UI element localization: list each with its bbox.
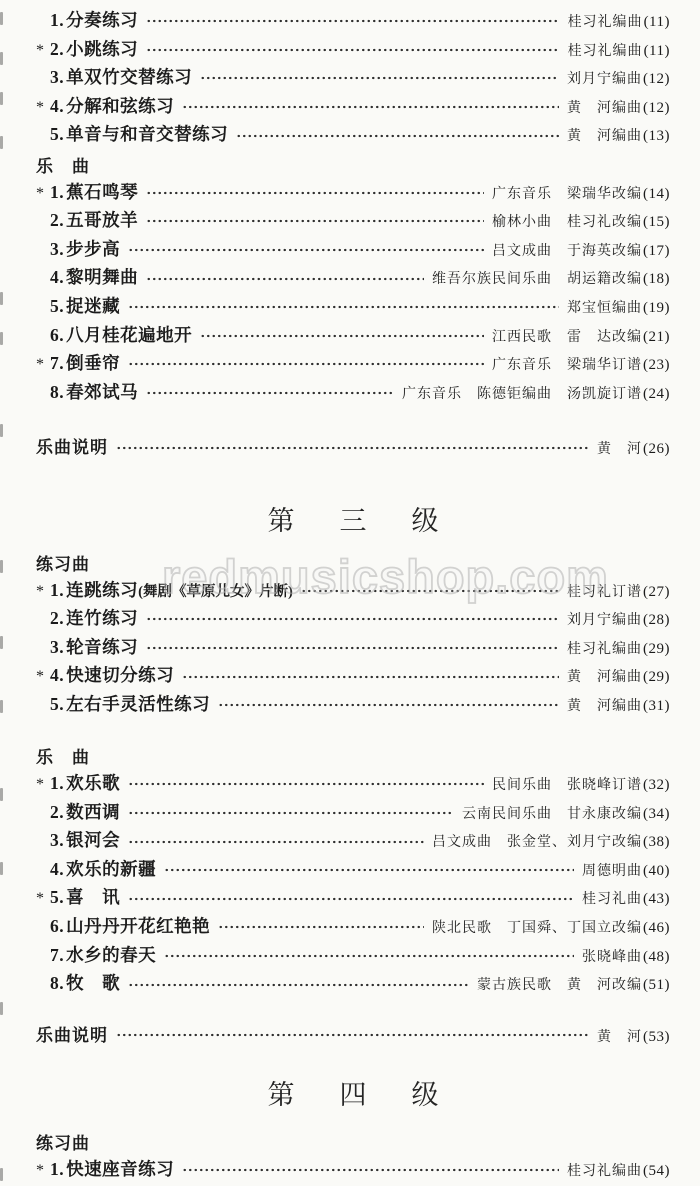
toc-entry: 2. 数西调 云南民间乐曲 甘永康改编 (34) xyxy=(36,799,670,828)
entry-credit: 黄 河编曲 xyxy=(567,666,642,686)
toc-entry: 8. 牧 歌 蒙古族民歌 黄 河改编 (51) xyxy=(36,970,670,999)
toc-entry: 3. 轮音练习 桂习礼编曲 (29) xyxy=(36,634,670,663)
dotted-leader xyxy=(200,71,559,85)
level4-exercises-list: * 1. 快速座音练习 桂习礼编曲 (54) xyxy=(36,1156,670,1185)
entry-credit: 桂习礼曲 xyxy=(582,888,642,908)
entry-credit: 郑宝恒编曲 xyxy=(567,297,642,317)
star-marker: * xyxy=(36,356,50,374)
entry-credit: 民间乐曲 张晓峰订谱 xyxy=(492,774,642,794)
dotted-leader xyxy=(128,300,559,314)
entry-credit: 维吾尔族民间乐曲 胡运籍改编 xyxy=(432,268,642,288)
entry-title: 轮音练习 xyxy=(66,634,138,659)
entry-page: (21) xyxy=(643,329,670,346)
entry-number: 8. xyxy=(50,382,64,403)
level3-exercises-list: * 1. 连跳练习 (舞剧《草原儿女》片断) 桂习礼订谱 (27) 2. 连竹练… xyxy=(36,577,670,720)
entry-page: (15) xyxy=(643,214,670,231)
scan-edge-artifact xyxy=(0,862,3,875)
dotted-leader xyxy=(128,978,469,992)
toc-entry: 4. 欢乐的新疆 周德明曲 (40) xyxy=(36,856,670,885)
entry-title: 快速切分练习 xyxy=(66,662,174,687)
toc-entry: 6. 山丹丹开花红艳艳 陕北民歌 丁国舜、丁国立改编 (46) xyxy=(36,913,670,942)
scan-edge-artifact xyxy=(0,788,3,801)
dotted-leader xyxy=(146,612,559,626)
dotted-leader xyxy=(116,441,589,455)
toc-entry: 5. 左右手灵活性练习 黄 河编曲 (31) xyxy=(36,691,670,720)
entry-page: (13) xyxy=(643,128,670,145)
toc-entry: * 2. 小跳练习 桂习礼编曲 (11) xyxy=(36,36,670,65)
star-marker: * xyxy=(36,1162,50,1180)
entry-number: 1. xyxy=(50,10,64,31)
entry-credit: 黄 河编曲 xyxy=(567,97,642,117)
entry-credit: 桂习礼编曲 xyxy=(568,40,643,60)
toc-entry: * 1. 快速座音练习 桂习礼编曲 (54) xyxy=(36,1156,670,1185)
entry-page: (51) xyxy=(643,977,670,994)
entry-credit: 周德明曲 xyxy=(582,860,642,880)
entry-number: 6. xyxy=(50,325,64,346)
dotted-leader xyxy=(146,641,559,655)
entry-title: 欢乐的新疆 xyxy=(66,856,156,881)
level2-pieces-list: * 1. 蕉石鸣琴 广东音乐 梁瑞华改编 (14) 2. 五哥放羊 榆林小曲 桂… xyxy=(36,179,670,408)
entry-credit: 榆林小曲 桂习礼改编 xyxy=(492,211,642,231)
entry-number: 3. xyxy=(50,239,64,260)
notes-entry: 乐曲说明 黄 河 (53) xyxy=(36,1021,670,1050)
entry-credit: 黄 河编曲 xyxy=(567,695,642,715)
entry-subtitle: (舞剧《草原儿女》片断) xyxy=(138,580,293,601)
entry-credit: 黄 河 xyxy=(597,438,642,458)
star-marker: * xyxy=(36,668,50,686)
entry-credit: 广东音乐 梁瑞华订谱 xyxy=(492,354,642,374)
toc-entry: 2. 五哥放羊 榆林小曲 桂习礼改编 (15) xyxy=(36,207,670,236)
toc-entry: 8. 春郊试马 广东音乐 陈德钜编曲 汤凯旋订谱 (24) xyxy=(36,379,670,408)
entry-title: 黎明舞曲 xyxy=(66,264,138,289)
toc-page: redmusicshop.com 1. 分奏练习 桂习礼编曲 (11) * 2.… xyxy=(0,0,700,1186)
entry-credit: 刘月宁编曲 xyxy=(567,609,642,629)
entry-page: (28) xyxy=(643,612,670,629)
toc-entry: 5. 捉迷藏 郑宝恒编曲 (19) xyxy=(36,293,670,322)
dotted-leader xyxy=(146,43,559,57)
entry-page: (14) xyxy=(643,186,670,203)
entry-page: (29) xyxy=(643,641,670,658)
entry-number: 1. xyxy=(50,1159,64,1180)
entry-number: 3. xyxy=(50,830,64,851)
entry-page: (43) xyxy=(643,891,670,908)
entry-title: 喜 讯 xyxy=(66,884,120,909)
exercises-header: 练习曲 xyxy=(36,548,670,577)
entry-page: (48) xyxy=(643,949,670,966)
dotted-leader xyxy=(182,1163,559,1177)
dotted-leader xyxy=(116,1028,589,1042)
entry-number: 4. xyxy=(50,665,64,686)
scan-edge-artifact xyxy=(0,332,3,345)
entry-title: 捉迷藏 xyxy=(66,293,120,318)
toc-entry: * 4. 快速切分练习 黄 河编曲 (29) xyxy=(36,662,670,691)
dotted-leader xyxy=(164,863,574,877)
entry-number: 7. xyxy=(50,945,64,966)
entry-credit: 云南民间乐曲 甘永康改编 xyxy=(462,803,642,823)
entry-title: 小跳练习 xyxy=(66,36,138,61)
scan-edge-artifact xyxy=(0,1168,3,1181)
entry-page: (17) xyxy=(643,243,670,260)
entry-title: 欢乐歌 xyxy=(66,770,120,795)
entry-number: 3. xyxy=(50,67,64,88)
entry-page: (24) xyxy=(643,386,670,403)
entry-title: 快速座音练习 xyxy=(66,1156,174,1181)
entry-number: 6. xyxy=(50,916,64,937)
star-marker: * xyxy=(36,583,50,601)
entry-title: 连竹练习 xyxy=(66,605,138,630)
toc-entry: * 7. 倒垂帘 广东音乐 梁瑞华订谱 (23) xyxy=(36,350,670,379)
entry-number: 5. xyxy=(50,124,64,145)
entry-number: 5. xyxy=(50,887,64,908)
entry-number: 5. xyxy=(50,694,64,715)
entry-title: 左右手灵活性练习 xyxy=(66,691,210,716)
star-marker: * xyxy=(36,185,50,203)
entry-page: (54) xyxy=(643,1163,670,1180)
entry-credit: 桂习礼订谱 xyxy=(567,581,642,601)
entry-title: 倒垂帘 xyxy=(66,350,120,375)
toc-entry: * 1. 蕉石鸣琴 广东音乐 梁瑞华改编 (14) xyxy=(36,179,670,208)
level3-pieces-list: * 1. 欢乐歌 民间乐曲 张晓峰订谱 (32) 2. 数西调 云南民间乐曲 甘… xyxy=(36,770,670,999)
dotted-leader xyxy=(182,670,559,684)
dotted-leader xyxy=(182,100,559,114)
entry-page: (11) xyxy=(644,43,670,60)
entry-number: 1. xyxy=(50,580,64,601)
entry-number: 5. xyxy=(50,296,64,317)
dotted-leader xyxy=(146,186,484,200)
dotted-leader xyxy=(218,920,424,934)
entry-credit: 吕文成曲 于海英改编 xyxy=(492,240,642,260)
toc-entry: 3. 单双竹交替练习 刘月宁编曲 (12) xyxy=(36,64,670,93)
dotted-leader xyxy=(146,14,559,28)
entry-number: 7. xyxy=(50,353,64,374)
dotted-leader xyxy=(128,835,424,849)
toc-entry: 5. 单音与和音交替练习 黄 河编曲 (13) xyxy=(36,121,670,150)
scan-edge-artifact xyxy=(0,92,3,105)
entry-credit: 刘月宁编曲 xyxy=(567,68,642,88)
entry-page: (11) xyxy=(644,14,670,31)
dotted-leader xyxy=(146,272,424,286)
dotted-leader xyxy=(236,129,559,143)
entry-number: 4. xyxy=(50,267,64,288)
dotted-leader xyxy=(146,214,484,228)
toc-entry: * 1. 欢乐歌 民间乐曲 张晓峰订谱 (32) xyxy=(36,770,670,799)
dotted-leader xyxy=(128,892,574,906)
scan-edge-artifact xyxy=(0,636,3,649)
pieces-header: 乐 曲 xyxy=(36,150,670,179)
entry-title: 单音与和音交替练习 xyxy=(66,121,228,146)
star-marker: * xyxy=(36,42,50,60)
entry-page: (18) xyxy=(643,271,670,288)
entry-title: 银河会 xyxy=(66,827,120,852)
entry-credit: 黄 河编曲 xyxy=(567,125,642,145)
toc-entry: 7. 水乡的春天 张晓峰曲 (48) xyxy=(36,942,670,971)
notes-entry: 乐曲说明 黄 河 (26) xyxy=(36,433,670,462)
star-marker: * xyxy=(36,890,50,908)
entry-page: (27) xyxy=(643,584,670,601)
dotted-leader xyxy=(200,329,484,343)
entry-title: 连跳练习 xyxy=(66,577,138,602)
scan-edge-artifact xyxy=(0,1002,3,1015)
dotted-leader xyxy=(218,698,559,712)
scan-edge-artifact xyxy=(0,12,3,25)
toc-entry: 6. 八月桂花遍地开 江西民歌 雷 达改编 (21) xyxy=(36,322,670,351)
entry-page: (12) xyxy=(643,71,670,88)
level2-exercises-list: 1. 分奏练习 桂习礼编曲 (11) * 2. 小跳练习 桂习礼编曲 (11) … xyxy=(36,7,670,150)
scan-edge-artifact xyxy=(0,424,3,437)
entry-page: (12) xyxy=(643,100,670,117)
pieces-header: 乐 曲 xyxy=(36,741,670,770)
entry-title: 分奏练习 xyxy=(66,7,138,32)
entry-page: (26) xyxy=(643,441,670,458)
entry-credit: 广东音乐 梁瑞华改编 xyxy=(492,183,642,203)
toc-entry: 2. 连竹练习 刘月宁编曲 (28) xyxy=(36,605,670,634)
entry-page: (34) xyxy=(643,806,670,823)
entry-page: (46) xyxy=(643,920,670,937)
entry-title: 步步高 xyxy=(66,236,120,261)
scan-edge-artifact xyxy=(0,136,3,149)
toc-entry: * 5. 喜 讯 桂习礼曲 (43) xyxy=(36,884,670,913)
toc-entry: 4. 黎明舞曲 维吾尔族民间乐曲 胡运籍改编 (18) xyxy=(36,264,670,293)
entry-credit: 桂习礼编曲 xyxy=(568,11,643,31)
entry-title: 山丹丹开花红艳艳 xyxy=(66,913,210,938)
dotted-leader xyxy=(128,243,484,257)
dotted-leader xyxy=(128,357,484,371)
scan-edge-artifact xyxy=(0,52,3,65)
entry-credit: 广东音乐 陈德钜编曲 汤凯旋订谱 xyxy=(402,383,642,403)
entry-credit: 江西民歌 雷 达改编 xyxy=(492,326,642,346)
dotted-leader xyxy=(146,386,394,400)
entry-title: 五哥放羊 xyxy=(66,207,138,232)
entry-page: (31) xyxy=(643,698,670,715)
entry-page: (19) xyxy=(643,300,670,317)
entry-number: 4. xyxy=(50,96,64,117)
entry-credit: 桂习礼编曲 xyxy=(567,1160,642,1180)
toc-entry: 3. 银河会 吕文成曲 张金堂、刘月宁改编 (38) xyxy=(36,827,670,856)
entry-number: 4. xyxy=(50,859,64,880)
entry-title: 分解和弦练习 xyxy=(66,93,174,118)
entry-credit: 蒙古族民歌 黄 河改编 xyxy=(477,974,642,994)
notes-label: 乐曲说明 xyxy=(36,1021,108,1046)
toc-entry: 3. 步步高 吕文成曲 于海英改编 (17) xyxy=(36,236,670,265)
entry-title: 蕉石鸣琴 xyxy=(66,179,138,204)
entry-title: 数西调 xyxy=(66,799,120,824)
entry-title: 八月桂花遍地开 xyxy=(66,322,192,347)
entry-number: 2. xyxy=(50,39,64,60)
toc-entry: 1. 分奏练习 桂习礼编曲 (11) xyxy=(36,7,670,36)
entry-credit: 张晓峰曲 xyxy=(582,946,642,966)
entry-number: 2. xyxy=(50,802,64,823)
dotted-leader xyxy=(128,806,454,820)
entry-page: (53) xyxy=(643,1029,670,1046)
entry-page: (40) xyxy=(643,863,670,880)
toc-entry: * 1. 连跳练习 (舞剧《草原儿女》片断) 桂习礼订谱 (27) xyxy=(36,577,670,606)
entry-number: 1. xyxy=(50,773,64,794)
dotted-leader xyxy=(128,777,484,791)
entry-page: (38) xyxy=(643,834,670,851)
entry-title: 牧 歌 xyxy=(66,970,120,995)
entry-page: (32) xyxy=(643,777,670,794)
scan-edge-artifact xyxy=(0,700,3,713)
entry-number: 2. xyxy=(50,608,64,629)
entry-page: (29) xyxy=(643,669,670,686)
entry-number: 3. xyxy=(50,637,64,658)
notes-label: 乐曲说明 xyxy=(36,433,108,458)
entry-credit: 吕文成曲 张金堂、刘月宁改编 xyxy=(432,831,642,851)
entry-credit: 桂习礼编曲 xyxy=(567,638,642,658)
entry-number: 1. xyxy=(50,182,64,203)
star-marker: * xyxy=(36,99,50,117)
entry-number: 8. xyxy=(50,973,64,994)
entry-credit: 陕北民歌 丁国舜、丁国立改编 xyxy=(432,917,642,937)
entry-credit: 黄 河 xyxy=(597,1026,642,1046)
scan-edge-artifact xyxy=(0,292,3,305)
dotted-leader xyxy=(164,949,574,963)
exercises-header: 练习曲 xyxy=(36,1127,670,1156)
dotted-leader xyxy=(301,584,559,598)
toc-entry: * 4. 分解和弦练习 黄 河编曲 (12) xyxy=(36,93,670,122)
entry-number: 2. xyxy=(50,210,64,231)
scan-edge-artifact xyxy=(0,560,3,573)
entry-title: 春郊试马 xyxy=(66,379,138,404)
level3-heading: 第 三 级 xyxy=(36,502,670,536)
entry-title: 单双竹交替练习 xyxy=(66,64,192,89)
star-marker: * xyxy=(36,776,50,794)
level4-heading: 第 四 级 xyxy=(36,1075,670,1109)
entry-title: 水乡的春天 xyxy=(66,942,156,967)
entry-page: (23) xyxy=(643,357,670,374)
